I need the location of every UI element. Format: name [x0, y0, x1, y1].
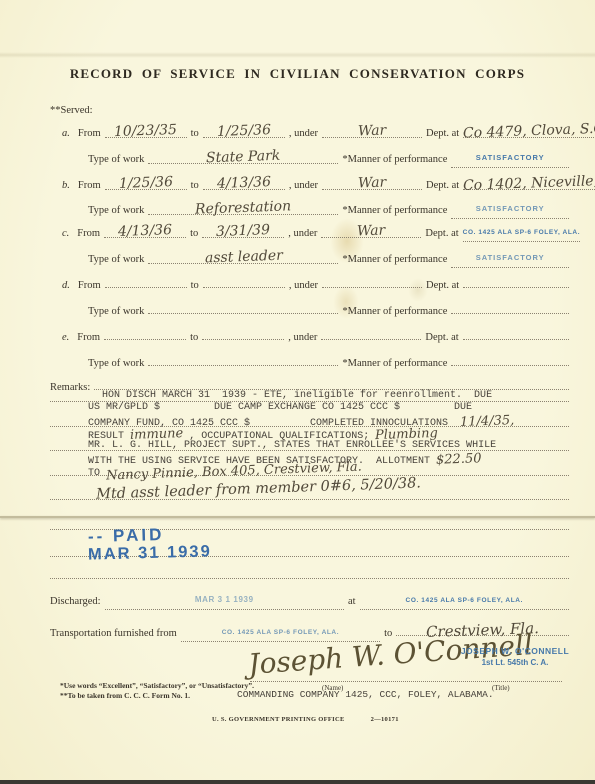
officer-name-stamp: JOSEPH W. O'CONNELL 1st Lt. 545th C. A.: [445, 646, 585, 667]
to-value: 1/25/36: [217, 122, 272, 140]
type-of-work-label: Type of work: [88, 205, 144, 216]
to-label: to: [190, 228, 198, 239]
officer-title-text: 1st Lt. 545th C. A.: [445, 658, 585, 667]
signature-rule: [250, 681, 562, 682]
from-label: From: [78, 280, 101, 291]
innoculation-date-value: 11/4/35,: [460, 413, 515, 430]
discharged-label: Discharged:: [50, 596, 101, 607]
from-label: From: [78, 128, 101, 139]
type-of-work-value: asst leader: [204, 248, 282, 267]
entry-letter: c.: [62, 228, 69, 239]
to-label: to: [191, 180, 199, 191]
dept-field: Co 1402, Niceville, Fla: [463, 176, 595, 190]
dept-label: Dept. at: [425, 332, 458, 343]
scan-edge: [0, 780, 595, 784]
entry-letter: d.: [62, 280, 70, 291]
type-of-work-field: asst leader: [148, 250, 338, 264]
type-of-work-field: State Park: [148, 150, 338, 164]
dept-field: [463, 274, 569, 288]
performance-field: [451, 300, 569, 314]
service-entry-c-work: Type of work asst leader *Manner of perf…: [88, 250, 569, 268]
discharge-location-field: CO. 1425 ALA SP-6 FOLEY, ALA.: [360, 596, 569, 610]
from-field: 1/25/36: [105, 176, 187, 190]
under-label: , under: [289, 180, 318, 191]
type-of-work-field: [148, 352, 338, 366]
manner-label: *Manner of performance: [342, 254, 447, 265]
dept-label: Dept. at: [426, 280, 459, 291]
to-field: 1/25/36: [203, 124, 285, 138]
service-entry-e-dates: e. From to , under Dept. at: [62, 326, 569, 343]
transport-from-stamp: CO. 1425 ALA SP-6 FOLEY, ALA.: [222, 629, 339, 636]
under-value: War: [358, 175, 387, 192]
from-field: 4/13/36: [104, 224, 186, 238]
title-caption: (Title): [492, 684, 510, 692]
performance-field: SATISFACTORY: [451, 254, 569, 268]
to-field: [202, 326, 284, 340]
footnotes: *Use words “Excellent”, “Satisfactory”, …: [60, 681, 254, 701]
under-value: War: [358, 123, 387, 140]
to-label: to: [191, 128, 199, 139]
dept-label: Dept. at: [425, 228, 458, 239]
entry-letter: b.: [62, 180, 70, 191]
to-label: to: [190, 332, 198, 343]
service-entry-a-dates: a. From 10/23/35 to 1/25/36 , under War …: [62, 124, 569, 139]
manner-label: *Manner of performance: [342, 306, 447, 317]
printing-office-text: U. S. GOVERNMENT PRINTING OFFICE: [212, 716, 345, 723]
type-of-work-field: [148, 300, 338, 314]
dept-value: Co 4479, Clova, S.C.: [463, 120, 595, 141]
remarks-typed-line: US MR/GPLD $ DUE CAMP EXCHANGE CO 1425 C…: [88, 402, 472, 413]
satisfactory-stamp: SATISFACTORY: [476, 153, 545, 162]
under-field: War: [322, 176, 422, 190]
to-field: 4/13/36: [203, 176, 285, 190]
at-label: at: [348, 596, 356, 607]
service-entry-d-work: Type of work *Manner of performance: [88, 300, 569, 317]
entry-letter: e.: [62, 332, 69, 343]
commanding-typed-line: COMMANDING COMPANY 1425, CCC, FOLEY, ALA…: [237, 689, 494, 700]
performance-field: SATISFACTORY: [451, 154, 569, 168]
dept-field: Co 4479, Clova, S.C.: [463, 124, 595, 138]
to-field: 3/31/39: [202, 224, 284, 238]
under-label: , under: [289, 280, 318, 291]
service-entry-a-work: Type of work State Park *Manner of perfo…: [88, 150, 569, 168]
under-field: [321, 326, 421, 340]
from-field: [105, 274, 187, 288]
printing-office-footer: U. S. GOVERNMENT PRINTING OFFICE2—10171: [212, 716, 425, 723]
remarks-typed-text: TO: [88, 468, 106, 479]
dept-value: Co 1402, Niceville, Fla: [463, 172, 595, 194]
satisfactory-stamp: SATISFACTORY: [476, 253, 545, 262]
performance-field: [451, 352, 569, 366]
from-value: 4/13/36: [118, 222, 173, 240]
service-entry-c-dates: c. From 4/13/36 to 3/31/39 , under War D…: [62, 224, 569, 242]
dotted-rule: [50, 578, 569, 579]
allotment-value: $22.50: [436, 451, 482, 468]
under-label: , under: [289, 128, 318, 139]
from-label: From: [77, 228, 100, 239]
from-value: 1/25/36: [118, 174, 173, 192]
under-value: War: [357, 223, 386, 240]
scanned-form-page: RECORD OF SERVICE IN CIVILIAN CONSERVATI…: [0, 0, 595, 784]
discharged-row: Discharged: MAR 3 1 1939 at CO. 1425 ALA…: [50, 596, 569, 610]
officer-name-text: JOSEPH W. O'CONNELL: [445, 646, 585, 656]
to-label: to: [191, 280, 199, 291]
remarks-typed-line: TO Nancy Pinnie, Box 405, Crestview, Fla…: [88, 464, 362, 479]
discharge-date-stamp: MAR 3 1 1939: [195, 595, 254, 604]
performance-field: SATISFACTORY: [451, 205, 569, 219]
fold-crease: [0, 52, 595, 58]
transportation-label: Transportation furnished from: [50, 628, 177, 639]
dept-label: Dept. at: [426, 180, 459, 191]
dept-label: Dept. at: [426, 128, 459, 139]
to-value: 3/31/39: [216, 222, 271, 240]
remarks-typed-line: MR. L. G. HILL, PROJECT SUPT., STATES TH…: [88, 440, 496, 451]
type-of-work-field: Reforestation: [148, 201, 338, 215]
from-label: From: [77, 332, 100, 343]
paid-date-stamp: MAR 31 1939: [88, 542, 212, 564]
manner-label: *Manner of performance: [342, 154, 447, 165]
remarks-label: Remarks:: [50, 382, 90, 393]
fold-line: [0, 516, 595, 518]
type-of-work-label: Type of work: [88, 358, 144, 369]
under-field: War: [322, 124, 422, 138]
to-value: 4/13/36: [217, 174, 272, 192]
under-label: , under: [288, 228, 317, 239]
discharge-date-field: MAR 3 1 1939: [105, 596, 344, 610]
remarks-field: [94, 376, 569, 390]
from-value: 10/23/35: [114, 122, 177, 140]
to-field: [203, 274, 285, 288]
type-of-work-label: Type of work: [88, 254, 144, 265]
service-entry-e-work: Type of work *Manner of performance: [88, 352, 569, 369]
under-label: , under: [288, 332, 317, 343]
footnote-2: **To be taken from C. C. C. Form No. 1.: [60, 691, 254, 701]
manner-label: *Manner of performance: [342, 358, 447, 369]
served-label: **Served:: [50, 105, 93, 116]
service-entry-d-dates: d. From to , under Dept. at: [62, 274, 569, 291]
type-of-work-label: Type of work: [88, 154, 144, 165]
under-field: War: [321, 224, 421, 238]
remarks-handwritten-line: Mtd asst leader from member 0#6, 5/20/38…: [96, 481, 421, 497]
company-location-stamp: CO. 1425 ALA SP-6 FOLEY, ALA.: [463, 229, 580, 236]
discharge-location-stamp: CO. 1425 ALA SP-6 FOLEY, ALA.: [406, 597, 523, 604]
service-entry-b-work: Type of work Reforestation *Manner of pe…: [88, 201, 569, 219]
remarks-typed-line: HON DISCH MARCH 31 1939 - ETE, ineligibl…: [88, 390, 492, 401]
under-field: [322, 274, 422, 288]
footnote-1: *Use words “Excellent”, “Satisfactory”, …: [60, 681, 254, 691]
type-of-work-label: Type of work: [88, 306, 144, 317]
from-label: From: [78, 180, 101, 191]
dept-field: CO. 1425 ALA SP-6 FOLEY, ALA.: [463, 228, 580, 242]
entry-letter: a.: [62, 128, 70, 139]
service-entry-b-dates: b. From 1/25/36 to 4/13/36 , under War D…: [62, 176, 569, 191]
type-of-work-value: Reforestation: [195, 198, 292, 217]
type-of-work-value: State Park: [206, 148, 281, 167]
dept-field: [463, 326, 569, 340]
manner-label: *Manner of performance: [342, 205, 447, 216]
from-field: [104, 326, 186, 340]
form-title: RECORD OF SERVICE IN CIVILIAN CONSERVATI…: [0, 66, 595, 82]
form-number: 2—10171: [371, 716, 399, 723]
served-section-label: **Served:: [50, 105, 569, 116]
satisfactory-stamp: SATISFACTORY: [476, 204, 545, 213]
from-field: 10/23/35: [105, 124, 187, 138]
